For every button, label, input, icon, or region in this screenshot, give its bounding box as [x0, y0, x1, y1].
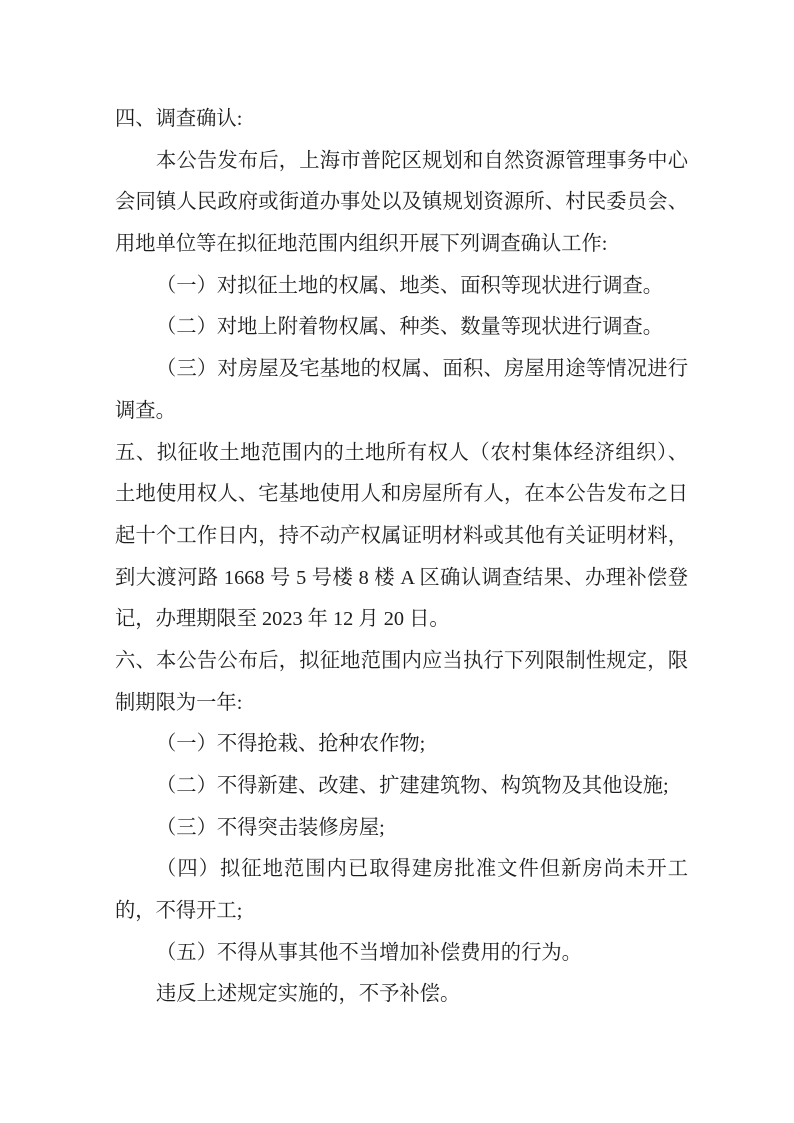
section6-line-2: 制期限为一年: — [115, 683, 688, 725]
document-body: 四、调查确认: 本公告发布后，上海市普陀区规划和自然资源管理事务中心 会同镇人民… — [115, 99, 688, 1016]
s6-closing-line: 违反上述规定实施的，不予补偿。 — [115, 974, 688, 1016]
section4-heading: 四、调查确认: — [115, 99, 688, 141]
s4-intro-line-3: 用地单位等在拟征地范围内组织开展下列调查确认工作: — [115, 224, 688, 266]
s4-intro-line-2: 会同镇人民政府或街道办事处以及镇规划资源所、村民委员会、 — [115, 182, 688, 224]
section5-line-3: 起十个工作日内，持不动产权属证明材料或其他有关证明材料， — [115, 516, 688, 558]
s4-item-3-line-1: （三）对房屋及宅基地的权属、面积、房屋用途等情况进行 — [115, 349, 688, 391]
s6-item-1: （一）不得抢栽、抢种农作物; — [115, 724, 688, 766]
s6-item-4-line-1: （四）拟征地范围内已取得建房批准文件但新房尚未开工 — [115, 849, 688, 891]
s6-item-4-line-2: 的，不得开工; — [115, 891, 688, 933]
s4-item-2: （二）对地上附着物权属、种类、数量等现状进行调查。 — [115, 307, 688, 349]
s6-item-2: （二）不得新建、改建、扩建建筑物、构筑物及其他设施; — [115, 766, 688, 808]
announcement-page: 四、调查确认: 本公告发布后，上海市普陀区规划和自然资源管理事务中心 会同镇人民… — [0, 0, 794, 1123]
s4-item-3-line-2: 调查。 — [115, 391, 688, 433]
s4-intro-line-1: 本公告发布后，上海市普陀区规划和自然资源管理事务中心 — [115, 141, 688, 183]
section5-line-2: 土地使用权人、宅基地使用人和房屋所有人，在本公告发布之日 — [115, 474, 688, 516]
section5-line-1: 五、拟征收土地范围内的土地所有权人（农村集体经济组织）、 — [115, 433, 688, 475]
s6-item-5: （五）不得从事其他不当增加补偿费用的行为。 — [115, 933, 688, 975]
section5-line-5: 记，办理期限至 2023 年 12 月 20 日。 — [115, 599, 688, 641]
s4-item-1: （一）对拟征土地的权属、地类、面积等现状进行调查。 — [115, 266, 688, 308]
section5-line-4: 到大渡河路 1668 号 5 号楼 8 楼 A 区确认调查结果、办理补偿登 — [115, 558, 688, 600]
s6-item-3: （三）不得突击装修房屋; — [115, 808, 688, 850]
section6-line-1: 六、本公告公布后，拟征地范围内应当执行下列限制性规定，限 — [115, 641, 688, 683]
